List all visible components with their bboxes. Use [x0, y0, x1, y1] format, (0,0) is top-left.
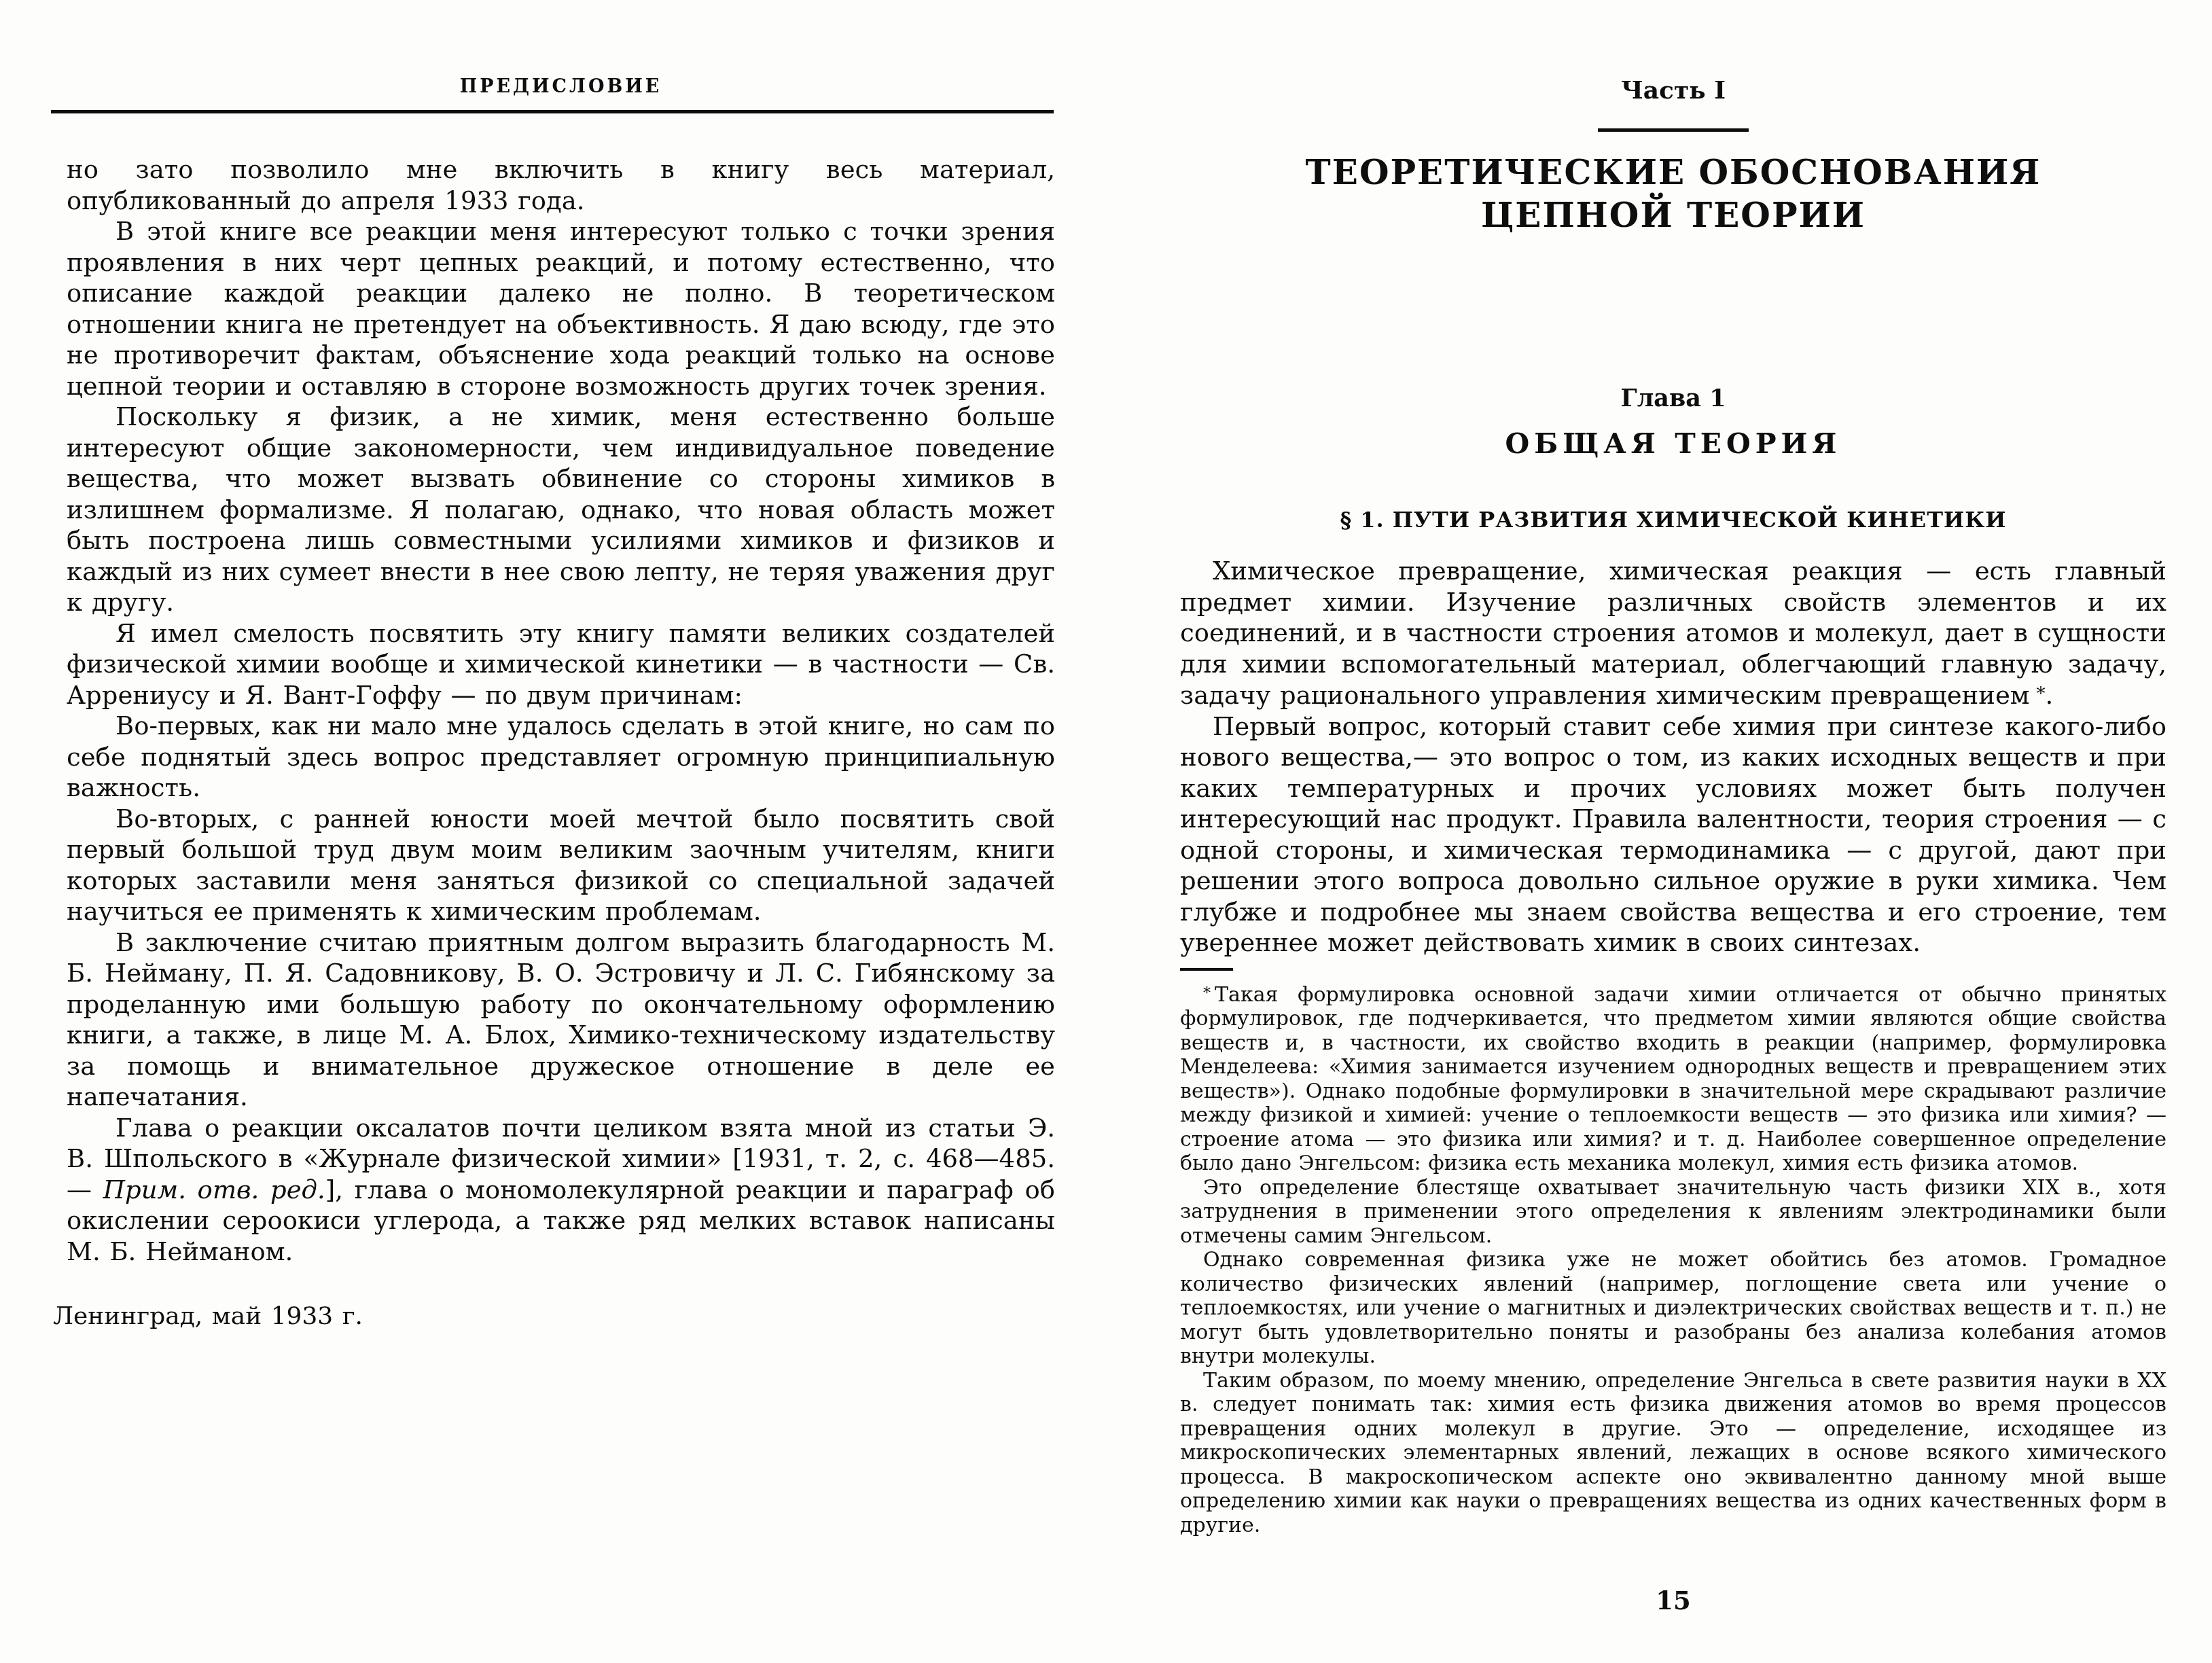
part-label: Часть I [1180, 76, 2166, 105]
left-page: ПРЕДИСЛОВИЕ но зато позволило мне включи… [67, 76, 1055, 1332]
paragraph: Поскольку я физик, а не химик, меня есте… [67, 401, 1055, 618]
part-title-line-1: ТЕОРЕТИЧЕСКИЕ ОБОСНОВАНИЯ [1180, 151, 2166, 194]
paragraph: В этой книге все реакции меня интересуют… [67, 216, 1055, 401]
left-page-body: но зато позволило мне включить в книгу в… [67, 154, 1055, 1332]
paragraph-text: Химическое превращение, химическая реакц… [1180, 556, 2166, 710]
header-rule [51, 110, 1054, 113]
chapter-title: ОБЩАЯ ТЕОРИЯ [1180, 428, 2166, 460]
footnote-paragraph: Однако современная физика уже не может о… [1180, 1248, 2166, 1369]
footnote: *Такая формулировка основной задачи хими… [1180, 982, 2166, 1538]
right-page-body: Химическое превращение, химическая реакц… [1180, 556, 2166, 959]
page-number: 15 [1180, 1586, 2166, 1615]
part-rule [1598, 128, 1749, 132]
left-page-header: ПРЕДИСЛОВИЕ [67, 76, 1055, 113]
footnote-paragraph: *Такая формулировка основной задачи хими… [1180, 982, 2166, 1176]
editor-note-italic: Прим. отв. ред. [103, 1175, 325, 1204]
footnote-rule [1180, 968, 1233, 971]
dateline: Ленинград, май 1933 г. [53, 1301, 1055, 1332]
paragraph-text: . [2046, 681, 2054, 710]
paragraph: но зато позволило мне включить в книгу в… [67, 154, 1055, 216]
section-heading: § 1. ПУТИ РАЗВИТИЯ ХИМИЧЕСКОЙ КИНЕТИКИ [1180, 507, 2166, 533]
part-title-line-2: ЦЕПНОЙ ТЕОРИИ [1180, 194, 2166, 236]
right-page: Часть I ТЕОРЕТИЧЕСКИЕ ОБОСНОВАНИЯ ЦЕПНОЙ… [1180, 76, 2166, 1639]
footnote-marker: * [1203, 985, 1211, 1002]
footnote-paragraph: Это определение блестяще охватывает знач… [1180, 1176, 2166, 1249]
paragraph: В заключение считаю приятным долгом выра… [67, 927, 1055, 1113]
footnote-text: Такая формулировка основной задачи химии… [1180, 983, 2166, 1176]
footnote-paragraph: Таким образом, по моему мнению, определе… [1180, 1369, 2166, 1538]
paragraph: Во-вторых, с ранней юности моей мечтой б… [67, 804, 1055, 927]
paragraph: Первый вопрос, который ставит себе химия… [1180, 711, 2166, 959]
book-spread: ПРЕДИСЛОВИЕ но зато позволило мне включи… [0, 0, 2212, 1663]
footnote-marker: * [2037, 684, 2046, 704]
paragraph: Глава о реакции оксалатов почти целиком … [67, 1113, 1055, 1268]
chapter-label: Глава 1 [1180, 385, 2166, 413]
running-head: ПРЕДИСЛОВИЕ [67, 76, 1055, 98]
part-title: ТЕОРЕТИЧЕСКИЕ ОБОСНОВАНИЯ ЦЕПНОЙ ТЕОРИИ [1180, 151, 2166, 236]
paragraph: Химическое превращение, химическая реакц… [1180, 556, 2166, 711]
paragraph: Во-первых, как ни мало мне удалось сдела… [67, 711, 1055, 804]
paragraph: Я имел смелость посвятить эту книгу памя… [67, 618, 1055, 711]
